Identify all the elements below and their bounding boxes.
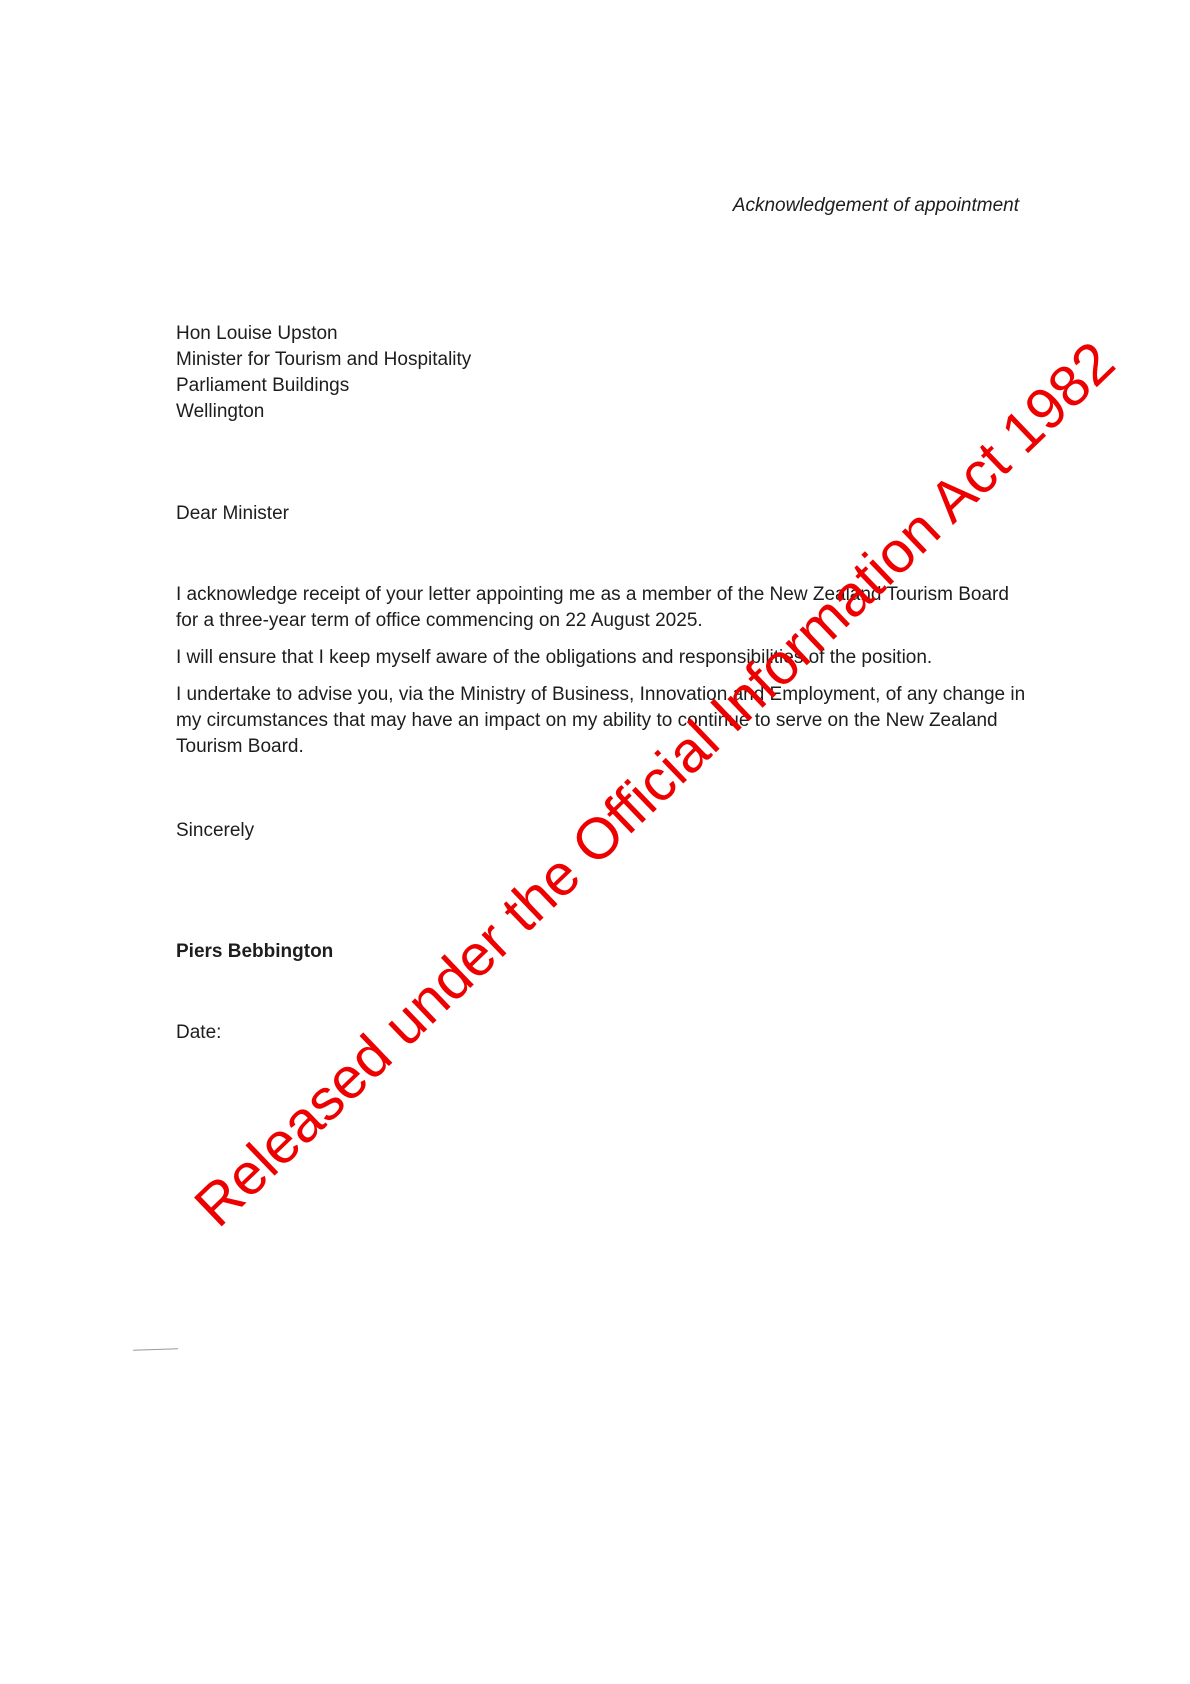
document-type-heading: Acknowledgement of appointment — [733, 195, 1019, 217]
recipient-building: Parliament Buildings — [176, 373, 471, 399]
date-label: Date: — [176, 1022, 221, 1044]
salutation: Dear Minister — [176, 503, 289, 525]
recipient-address: Hon Louise Upston Minister for Tourism a… — [176, 321, 471, 425]
body-paragraph: I will ensure that I keep myself aware o… — [176, 645, 1026, 671]
body-paragraph: I undertake to advise you, via the Minis… — [176, 682, 1026, 760]
letter-body: I acknowledge receipt of your letter app… — [176, 582, 1026, 771]
recipient-title: Minister for Tourism and Hospitality — [176, 347, 471, 373]
recipient-city: Wellington — [176, 399, 471, 425]
letter-page: Acknowledgement of appointment Hon Louis… — [0, 0, 1190, 1684]
recipient-name: Hon Louise Upston — [176, 321, 471, 347]
oia-release-watermark: Released under the Official Information … — [185, 332, 1125, 1237]
closing: Sincerely — [176, 820, 254, 842]
signatory-name: Piers Bebbington — [176, 941, 333, 963]
scan-artifact — [133, 1348, 178, 1351]
